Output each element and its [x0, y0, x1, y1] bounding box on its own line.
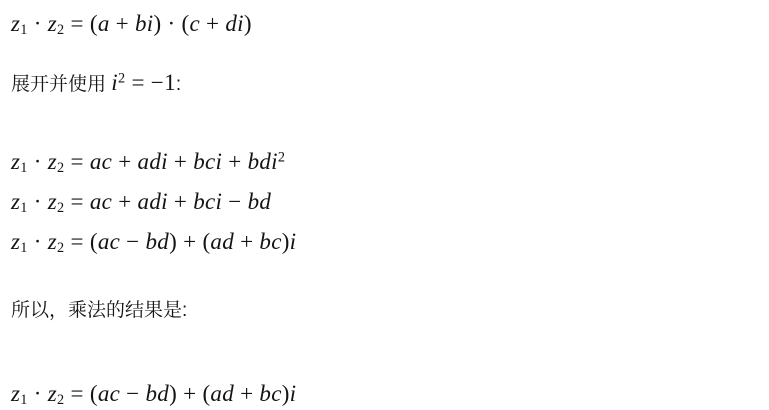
- math-line-expansion-step-3: z1 · z2 = (ac − bd) + (ad + bc)i: [11, 222, 757, 262]
- math-explanation-document: z1 · z2 = (a + bi) · (c + di) 展开并使用 i2 =…: [0, 0, 769, 410]
- equation-block-expansion-steps: z1 · z2 = ac + adi + bci + bdi2 z1 · z2 …: [11, 142, 757, 262]
- expand-instruction-colon: :: [176, 74, 181, 95]
- inline-math-i-squared: i2 = −1: [111, 70, 176, 95]
- expand-instruction-text: 展开并使用: [11, 74, 111, 95]
- equation-block-product-definition: z1 · z2 = (a + bi) · (c + di): [11, 4, 757, 44]
- math-line-final-result: z1 · z2 = (ac − bd) + (ad + bc)i: [11, 374, 757, 410]
- equation-block-final-result: z1 · z2 = (ac − bd) + (ad + bc)i: [11, 374, 757, 410]
- math-line-expansion-step-2: z1 · z2 = ac + adi + bci − bd: [11, 182, 757, 222]
- paragraph-expand-instruction: 展开并使用 i2 = −1:: [11, 68, 757, 100]
- math-line-expansion-step-1: z1 · z2 = ac + adi + bci + bdi2: [11, 142, 757, 182]
- paragraph-conclusion: 所以，乘法的结果是:: [11, 296, 757, 326]
- math-line-product-definition: z1 · z2 = (a + bi) · (c + di): [11, 4, 757, 44]
